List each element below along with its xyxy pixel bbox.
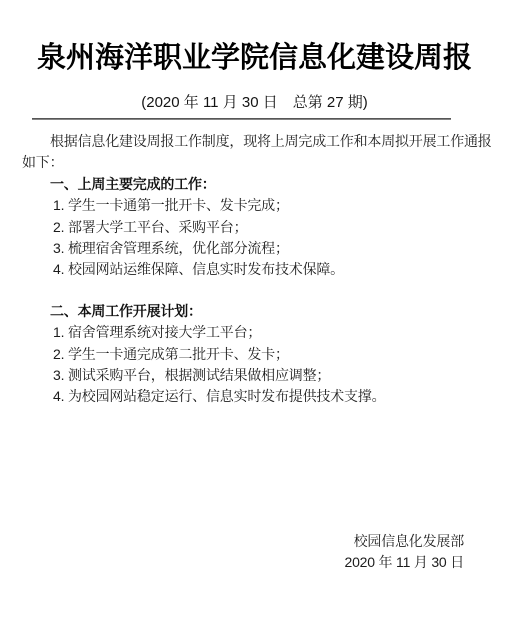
section-1-item-4: 4. 校园网站运维保障、信息实时发布技术保障。 (22, 259, 489, 280)
document-page: 泉州海洋职业学院信息化建设周报 (2020 年 11 月 30 日 总第 27 … (0, 0, 509, 639)
section-1-heading: 一、上周主要完成的工作： (22, 174, 489, 195)
section-2-heading: 二、本周工作开展计划： (22, 301, 489, 322)
signature-date: 2020 年 11 月 30 日 (22, 552, 464, 573)
section-2-item-3: 3. 测试采购平台，根据测试结果做相应调整； (22, 365, 489, 386)
report-body: 根据信息化建设周报工作制度，现将上周完成工作和本周拟开展工作通报 如下： 一、上… (0, 131, 509, 574)
signature-block: 校园信息化发展部 2020 年 11 月 30 日 (22, 531, 489, 574)
signature-department: 校园信息化发展部 (22, 531, 464, 552)
section-2-item-4: 4. 为校园网站稳定运行、信息实时发布提供技术支撑。 (22, 386, 489, 407)
report-title: 泉州海洋职业学院信息化建设周报 (0, 0, 509, 76)
report-subtitle: (2020 年 11 月 30 日 总第 27 期) (0, 94, 509, 112)
section-1-item-1: 1. 学生一卡通第一批开卡、发卡完成； (22, 195, 489, 216)
section-2-item-1: 1. 宿舍管理系统对接大学工平台； (22, 322, 489, 343)
section-2-item-2: 2. 学生一卡通完成第二批开卡、发卡； (22, 344, 489, 365)
title-divider (32, 118, 451, 120)
section-1-item-2: 2. 部署大学工平台、采购平台； (22, 217, 489, 238)
intro-line-2: 如下： (22, 152, 489, 173)
section-1-item-3: 3. 梳理宿舍管理系统，优化部分流程； (22, 238, 489, 259)
intro-line-1: 根据信息化建设周报工作制度，现将上周完成工作和本周拟开展工作通报 (22, 131, 489, 152)
